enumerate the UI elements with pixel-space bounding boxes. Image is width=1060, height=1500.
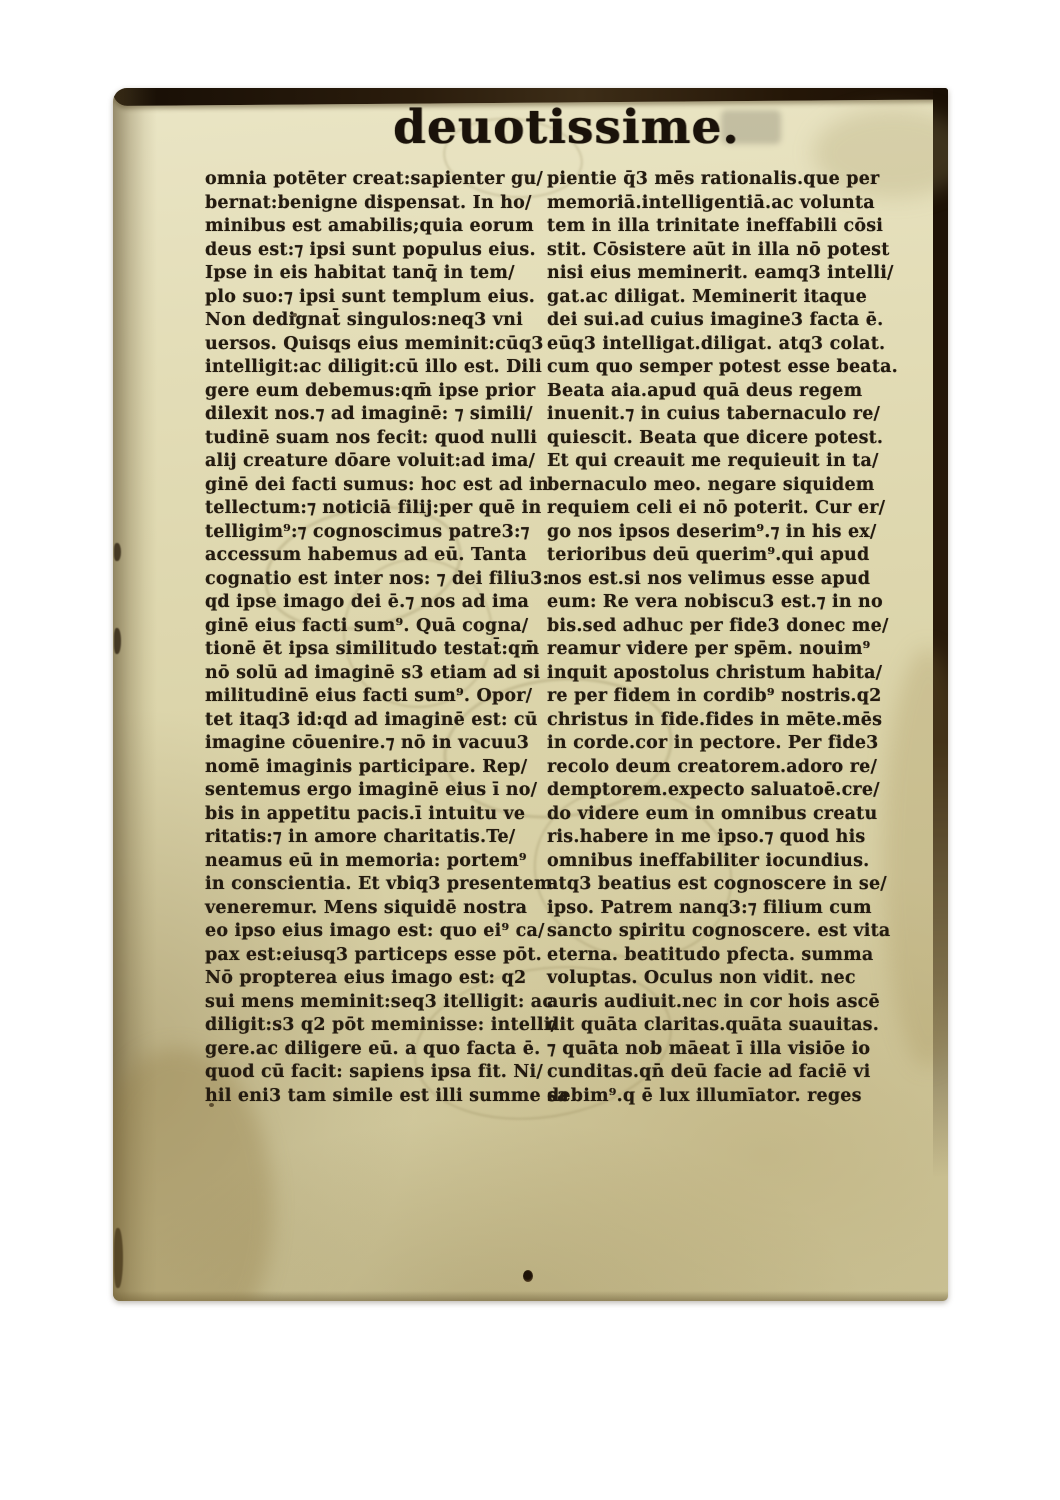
text-line: ginē dei facti sumus: hoc est ad in: [205, 474, 547, 498]
text-line: auris audiuit.nec in cor hois ascē: [547, 991, 939, 1015]
paper-speck: [209, 1103, 214, 1107]
text-line: eum: Re vera nobiscu3 est.⁊ in no: [547, 591, 939, 615]
text-line: tet itaq3 id:qd ad imaginē est: cū: [205, 709, 547, 733]
text-line: go nos ipsos deserim⁹.⁊ in his ex/: [547, 521, 939, 545]
text-line: alij creature dōare voluit:ad ima/: [205, 450, 547, 474]
text-line: quod cū facit: sapiens ipsa fit. Ni/: [205, 1061, 547, 1085]
text-line: cognatio est inter nos: ⁊ dei filiu3:: [205, 568, 547, 592]
text-line: tellectum:⁊ noticiā filij:per quē in: [205, 497, 547, 521]
text-line: qd ipse imago dei ē.⁊ nos ad ima: [205, 591, 547, 615]
text-line: pientie q̄3 mēs rationalis.que per: [547, 168, 939, 192]
text-line: reamur videre per spēm. nouim⁹: [547, 638, 939, 662]
text-line: do videre eum in omnibus creatu: [547, 803, 939, 827]
text-line: veneremur. Mens siquidē nostra: [205, 897, 547, 921]
text-line: eūq3 intelligat.diligat. atq3 colat.: [547, 333, 939, 357]
text-line: in conscientia. Et vbiq3 presentem: [205, 873, 547, 897]
scan-background: { "page": { "header": "deuotissime.", "c…: [0, 0, 1060, 1500]
text-line: christus in fide.fides in mēte.mēs: [547, 709, 939, 733]
text-line: omnibus ineffabiliter iocundius.: [547, 850, 939, 874]
text-line: ritatis:⁊ in amore charitatis.Te/: [205, 826, 547, 850]
text-line: omnia potēter creat:sapienter gu/: [205, 168, 547, 192]
wormhole: [523, 1270, 533, 1282]
book-page-photo: deuotissime. omnia potēter creat:sapient…: [113, 88, 948, 1301]
text-line: requiem celi ei nō poterit. Cur er/: [547, 497, 939, 521]
gutter-mark: [114, 628, 121, 654]
paper-speck: [293, 313, 297, 317]
text-line: nisi eius meminerit. eamq3 intelli/: [547, 262, 939, 286]
text-line: memoriā.intelligentiā.ac volunta: [547, 192, 939, 216]
text-line: sentemus ergo imaginē eius ī no/: [205, 779, 547, 803]
text-line: ris.habere in me ipso.⁊ quod his: [547, 826, 939, 850]
text-line: neamus eū in memoria: portem⁹: [205, 850, 547, 874]
text-line: accessum habemus ad eū. Tanta: [205, 544, 547, 568]
text-line: sancto spiritu cognoscere. est vita: [547, 920, 939, 944]
text-line: debim⁹.q ē lux illumīator. reges: [547, 1085, 939, 1109]
text-line: inquit apostolus christum habita/: [547, 662, 939, 686]
text-line: cum quo semper potest esse beata.: [547, 356, 939, 380]
gutter-mark: [114, 543, 121, 561]
text-line: atq3 beatius est cognoscere in se/: [547, 873, 939, 897]
text-line: ginē eius facti sum⁹. Quā cogna/: [205, 615, 547, 639]
text-line: in corde.cor in pectore. Per fide3: [547, 732, 939, 756]
text-line: gat.ac diligat. Meminerit itaque: [547, 286, 939, 310]
text-line: ⁊ quāta nob māeat ī illa visiōe io: [547, 1038, 939, 1062]
text-line: imagine cōuenire.⁊ nō in vacuu3: [205, 732, 547, 756]
text-line: dei sui.ad cuius imagine3 facta ē.: [547, 309, 939, 333]
text-line: demptorem.expecto saluatoē.cre/: [547, 779, 939, 803]
text-line: gere.ac diligere eū. a quo facta ē.: [205, 1038, 547, 1062]
text-line: Et qui creauit me requieuit in ta/: [547, 450, 939, 474]
text-line: deus est:⁊ ipsi sunt populus eius.: [205, 239, 547, 263]
text-line: recolo deum creatorem.adoro re/: [547, 756, 939, 780]
text-line: cunditas.qn̄ deū facie ad faciē vi: [547, 1061, 939, 1085]
text-line: telligim⁹:⁊ cognoscimus patre3:⁊: [205, 521, 547, 545]
running-title: deuotissime.: [393, 100, 813, 155]
text-line: uersos. Quisqs eius meminit:cūq3: [205, 333, 547, 357]
text-line: militudinē eius facti sum⁹. Opor/: [205, 685, 547, 709]
text-line: terioribus deū querim⁹.qui apud: [547, 544, 939, 568]
text-line: bernat:benigne dispensat. In ho/: [205, 192, 547, 216]
text-line: quiescit. Beata que dicere potest.: [547, 427, 939, 451]
text-line: bis in appetitu pacis.ī intuitu ve: [205, 803, 547, 827]
text-line: nō solū ad imaginē s3 etiam ad si: [205, 662, 547, 686]
text-line: Nō propterea eius imago est: q2: [205, 967, 547, 991]
text-line: eterna. beatitudo pfecta. summa: [547, 944, 939, 968]
text-line: tionē ēt ipsa similitudo testat̄:qm̄: [205, 638, 547, 662]
text-line: ipso. Patrem nanq3:⁊ filium cum: [547, 897, 939, 921]
text-column-right: pientie q̄3 mēs rationalis.que permemori…: [547, 168, 939, 1108]
text-line: nomē imaginis participare. Rep/: [205, 756, 547, 780]
text-line: dit quāta claritas.quāta suauitas.: [547, 1014, 939, 1038]
text-line: Beata aia.apud quā deus regem: [547, 380, 939, 404]
text-line: voluptas. Oculus non vidit. nec: [547, 967, 939, 991]
text-line: tem in illa trinitate ineffabili cōsi: [547, 215, 939, 239]
text-line: diligit:s3 q2 pōt meminisse: intelli/: [205, 1014, 547, 1038]
text-line: intelligit:ac diligit:cū illo est. Dili: [205, 356, 547, 380]
text-column-left: omnia potēter creat:sapienter gu/bernat:…: [205, 168, 547, 1108]
text-line: tudinē suam nos fecit: quod nulli: [205, 427, 547, 451]
text-line: dilexit nos.⁊ ad imaginē: ⁊ simili/: [205, 403, 547, 427]
text-line: bis.sed adhuc per fide3 donec me/: [547, 615, 939, 639]
text-line: bernaculo meo. negare siquidem: [547, 474, 939, 498]
text-line: pax est:eiusq3 particeps esse pōt.: [205, 944, 547, 968]
text-line: minibus est amabilis;quia eorum: [205, 215, 547, 239]
text-line: stit. Cōsistere aūt in illa nō potest: [547, 239, 939, 263]
text-line: Ipse in eis habitat tanq̄ in tem/: [205, 262, 547, 286]
text-line: nos est.si nos velimus esse apud: [547, 568, 939, 592]
text-line: re per fidem in cordib⁹ nostris.q2: [547, 685, 939, 709]
text-line: hil eni3 tam simile est illi summe sa: [205, 1085, 547, 1109]
text-line: gere eum debemus:qm̄ ipse prior: [205, 380, 547, 404]
text-line: inuenit.⁊ in cuius tabernaculo re/: [547, 403, 939, 427]
text-line: Non dedignat̄ singulos:neq3 vni: [205, 309, 547, 333]
text-line: plo suo:⁊ ipsi sunt templum eius.: [205, 286, 547, 310]
text-line: sui mens meminit:seq3 itelligit: ac: [205, 991, 547, 1015]
text-line: eo ipso eius imago est: quo ei⁹ ca/: [205, 920, 547, 944]
